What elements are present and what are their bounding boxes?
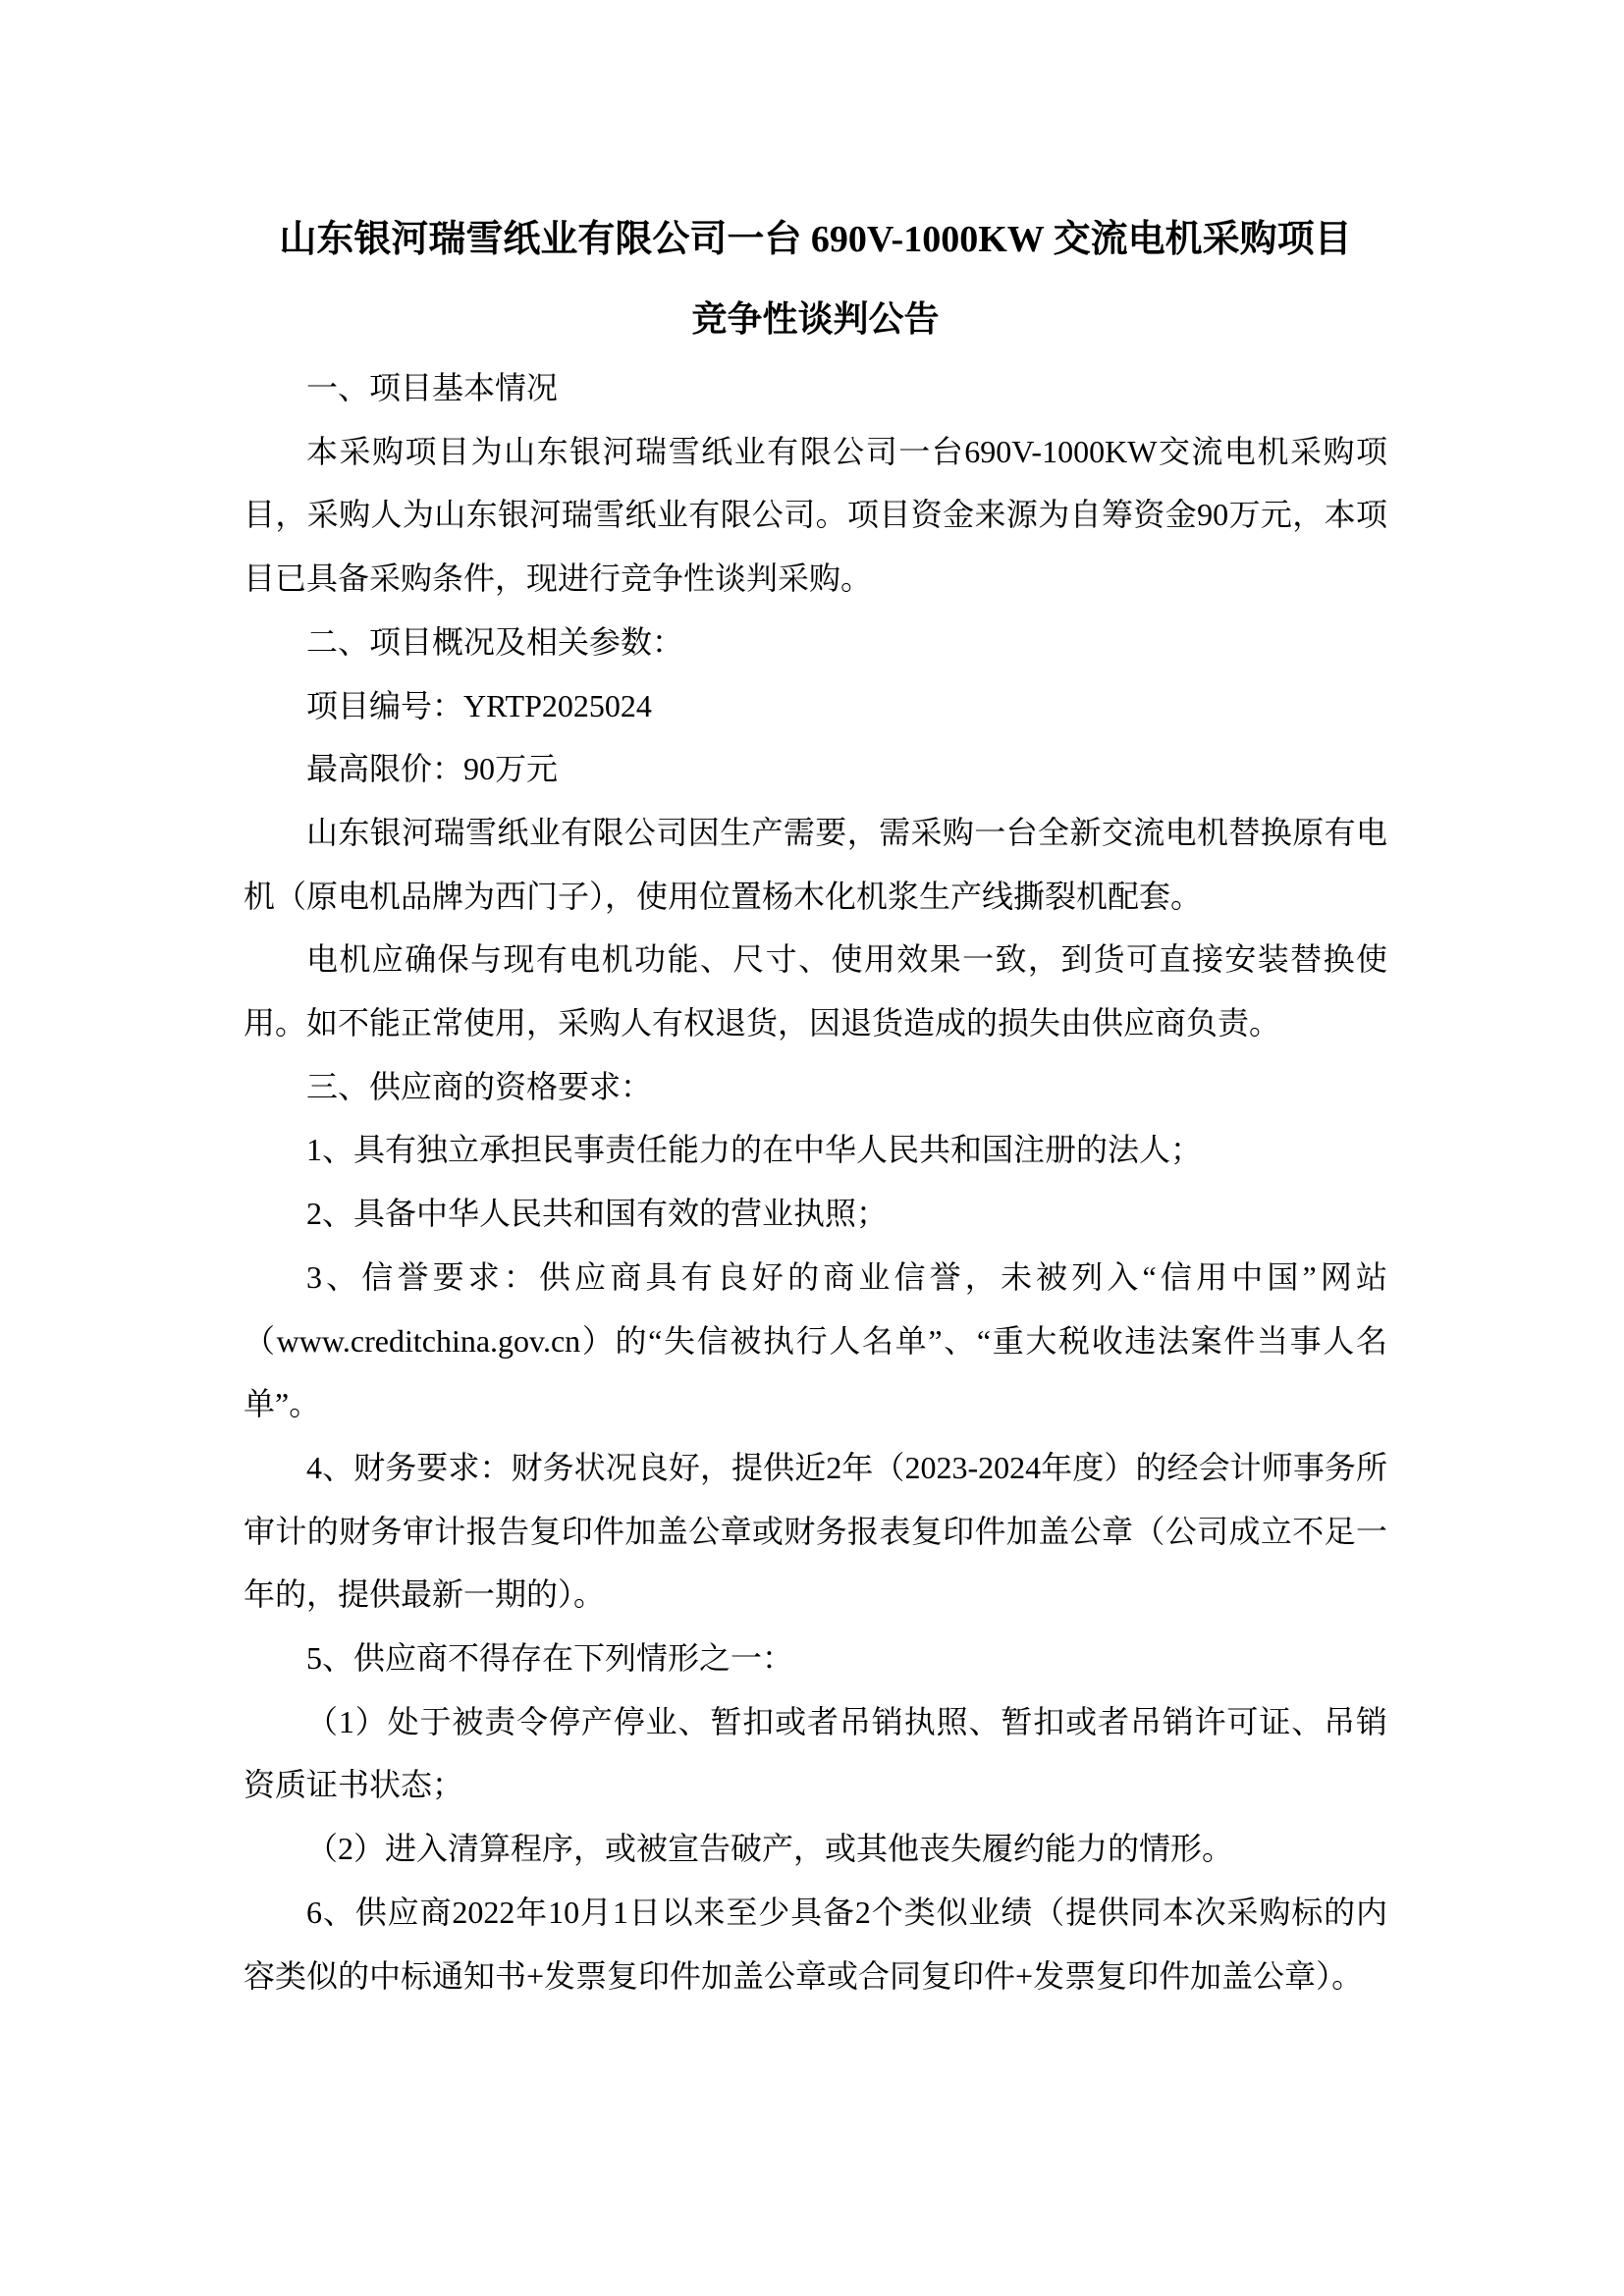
supplier-req-6-performance: 6、供应商2022年10月1日以来至少具备2个类似业绩（提供同本次采购标的内容类… <box>244 1881 1387 2007</box>
supplier-req-5-item-1: （1）处于被责令停产停业、暂扣或者吊销执照、暂扣或者吊销许可证、吊销资质证书状态… <box>244 1690 1387 1817</box>
section-3-heading: 三、供应商的资格要求： <box>244 1055 1387 1119</box>
para-purchase-reason: 山东银河瑞雪纸业有限公司因生产需要，需采购一台全新交流电机替换原有电机（原电机品… <box>244 801 1387 928</box>
section-1-heading: 一、项目基本情况 <box>244 356 1387 420</box>
supplier-req-5-item-2: （2）进入清算程序，或被宣告破产，或其他丧失履约能力的情形。 <box>244 1817 1387 1881</box>
para-max-price: 最高限价：90万元 <box>244 737 1387 801</box>
document-title: 山东银河瑞雪纸业有限公司一台 690V-1000KW 交流电机采购项目 <box>244 218 1387 261</box>
para-project-overview: 本采购项目为山东银河瑞雪纸业有限公司一台690V-1000KW交流电机采购项目，… <box>244 420 1387 611</box>
section-2-heading: 二、项目概况及相关参数： <box>244 611 1387 674</box>
supplier-req-4-finance: 4、财务要求：财务状况良好，提供近2年（2023-2024年度）的经会计师事务所… <box>244 1436 1387 1627</box>
document-subtitle: 竞争性谈判公告 <box>244 299 1387 339</box>
document-page: 山东银河瑞雪纸业有限公司一台 690V-1000KW 交流电机采购项目 竞争性谈… <box>0 0 1624 2296</box>
supplier-req-1: 1、具有独立承担民事责任能力的在中华人民共和国注册的法人； <box>244 1118 1387 1182</box>
document-body: 一、项目基本情况 本采购项目为山东银河瑞雪纸业有限公司一台690V-1000KW… <box>244 356 1387 2007</box>
supplier-req-3-credit: 3、信誉要求：供应商具有良好的商业信誉，未被列入“信用中国”网站（www.cre… <box>244 1246 1387 1436</box>
supplier-req-2: 2、具备中华人民共和国有效的营业执照； <box>244 1182 1387 1246</box>
para-motor-requirement: 电机应确保与现有电机功能、尺寸、使用效果一致，到货可直接安装替换使用。如不能正常… <box>244 928 1387 1054</box>
para-project-number: 项目编号：YRTP2025024 <box>244 674 1387 738</box>
supplier-req-5-heading: 5、供应商不得存在下列情形之一： <box>244 1627 1387 1690</box>
